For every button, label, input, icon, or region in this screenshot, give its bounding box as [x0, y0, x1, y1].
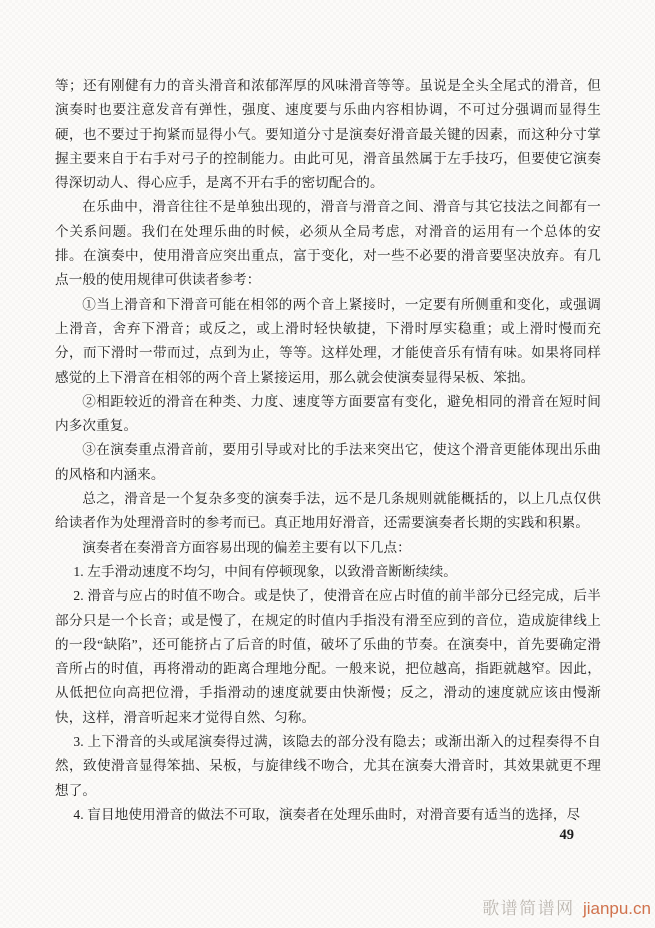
page: 等；还有刚健有力的音头滑音和浓郁浑厚的风味滑音等等。虽说是全头全尾式的滑音，但演… — [0, 0, 655, 928]
paragraph: 1. 左手滑动速度不均匀，中间有停顿现象，以致滑音断断续续。 — [55, 560, 601, 584]
paragraph: 等；还有刚健有力的音头滑音和浓郁浑厚的风味滑音等等。虽说是全头全尾式的滑音，但演… — [55, 74, 601, 195]
paragraph: 3. 上下滑音的头或尾演奏得过满，该隐去的部分没有隐去；或渐出渐入的过程奏得不自… — [55, 730, 601, 803]
watermark-site-name: 歌谱简谱网 — [482, 899, 575, 918]
text-column: 等；还有刚健有力的音头滑音和浓郁浑厚的风味滑音等等。虽说是全头全尾式的滑音，但演… — [55, 74, 601, 827]
paragraph: 2. 滑音与应占的时值不吻合。或是快了，使滑音在应占时值的前半部分已经完成，后半… — [55, 584, 601, 730]
paragraph: 总之，滑音是一个复杂多变的演奏手法，远不是几条规则就能概括的，以上几点仅供给读者… — [55, 487, 601, 536]
paragraph: 在乐曲中，滑音往往不是单独出现的，滑音与滑音之间、滑音与其它技法之间都有一个关系… — [55, 195, 601, 292]
watermark: 歌谱简谱网 jianpu.cn — [482, 894, 651, 919]
page-number: 49 — [55, 827, 601, 844]
paragraph: ③在演奏重点滑音前，要用引导或对比的手法来突出它，使这个滑音更能体现出乐曲的风格… — [55, 438, 601, 487]
paragraph: ②相距较近的滑音在种类、力度、速度等方面要富有变化，避免相同的滑音在短时间内多次… — [55, 390, 601, 439]
paragraph: 4. 盲目地使用滑音的做法不可取，演奏者在处理乐曲时，对滑音要有适当的选择，尽 — [55, 803, 601, 827]
paragraph: 演奏者在奏滑音方面容易出现的偏差主要有以下几点： — [55, 536, 601, 560]
paragraph: ①当上滑音和下滑音可能在相邻的两个音上紧接时，一定要有所侧重和变化，或强调上滑音… — [55, 293, 601, 390]
watermark-site-url: jianpu.cn — [583, 899, 651, 918]
